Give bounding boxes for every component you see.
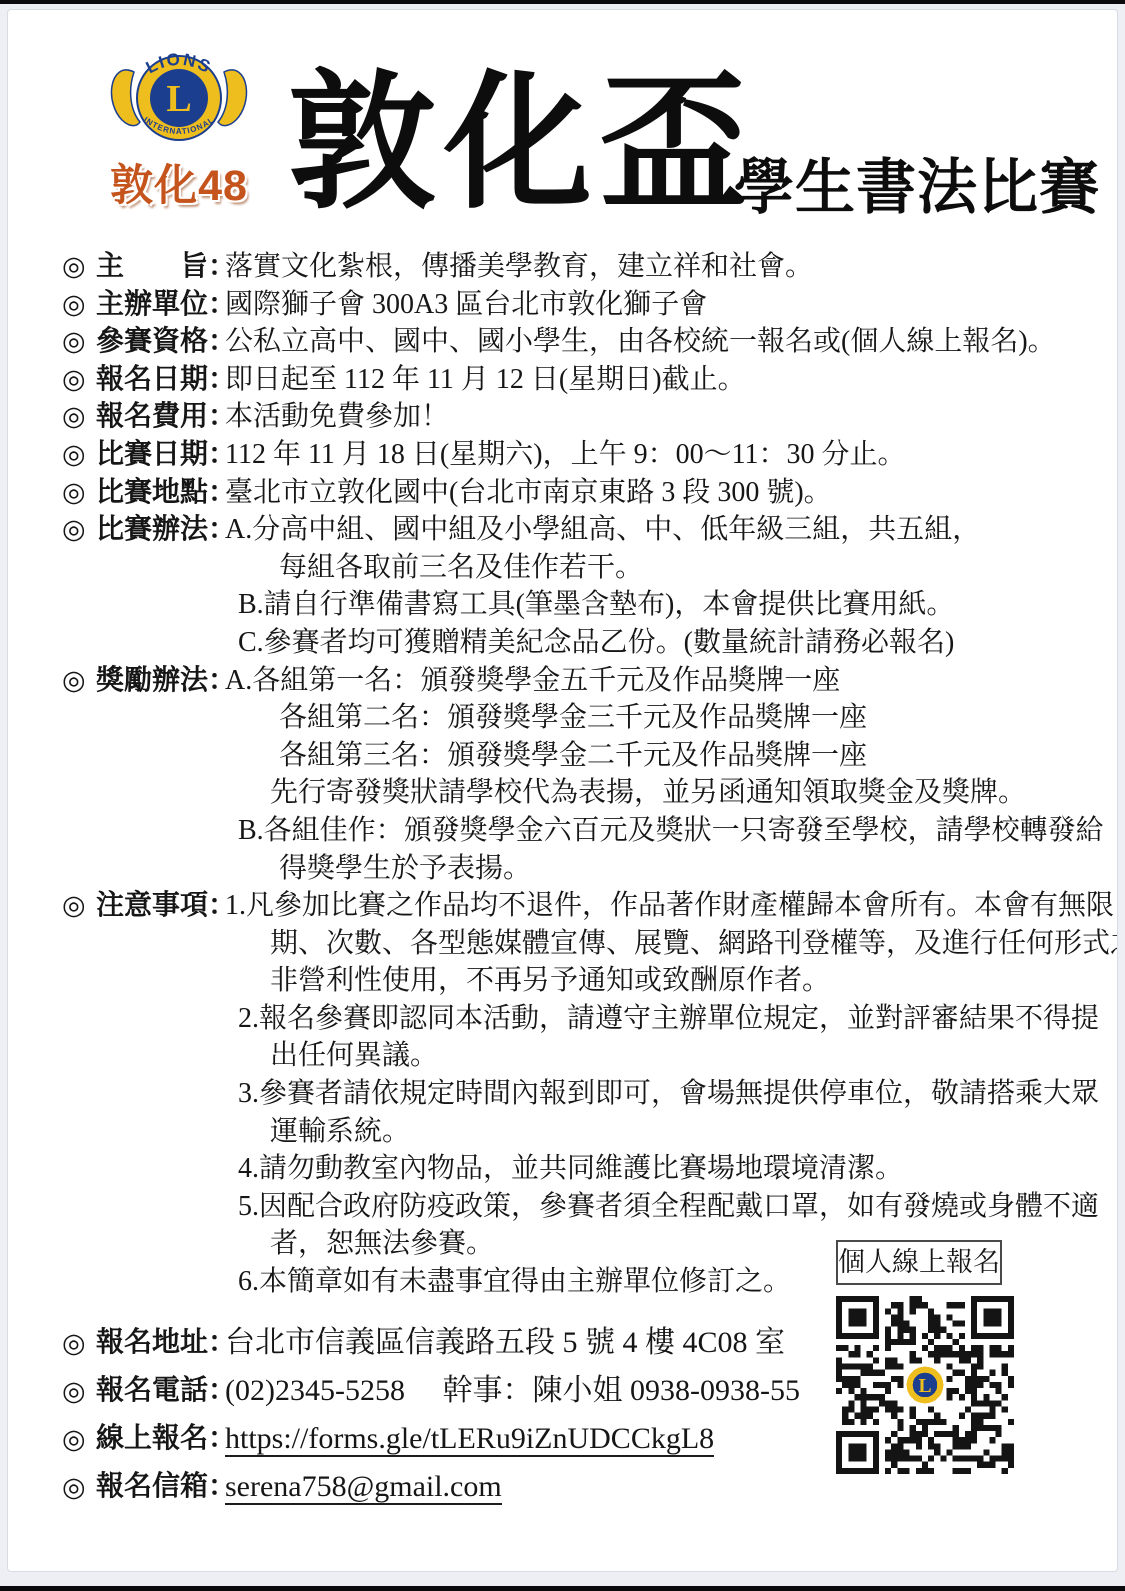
- label-colon: ：: [208, 323, 225, 361]
- section-line: A.分高中組、國中組及小學組高、中、低年級三組，共五組，: [225, 511, 1117, 549]
- section-line: 期、次數、各型態媒體宣傳、展覽、網路刊登權等，及進行任何形式之: [225, 925, 1117, 963]
- qr-center-l-mark: L: [918, 1375, 931, 1397]
- label-colon: ：: [208, 1415, 225, 1463]
- section-label: 主辦單位: [96, 286, 208, 324]
- contact-label: 線上報名: [96, 1415, 208, 1463]
- flyer-body: ◎主 旨：落實文化紮根，傳播美學教育，建立祥和社會。◎主辦單位：國際獅子會 30…: [8, 244, 1117, 1301]
- club-name: 敦化48: [94, 152, 264, 213]
- bullseye-bullet-icon: ◎: [62, 662, 96, 700]
- bullseye-bullet-icon: ◎: [62, 323, 96, 361]
- section-registration-date: ◎報名日期：即日起至 112 年 11 月 12 日(星期日)截止。: [62, 361, 1117, 399]
- contact-head: ◎報名地址：: [62, 1319, 225, 1367]
- section-head: ◎報名費用：: [62, 398, 225, 436]
- section-venue: ◎比賽地點：臺北市立敦化國中(台北市南京東路 3 段 300 號)。: [62, 474, 1117, 512]
- label-colon: ：: [208, 474, 225, 512]
- bullseye-bullet-icon: ◎: [62, 248, 96, 286]
- label-colon: ：: [208, 1367, 225, 1415]
- section-label: 注意事項: [96, 887, 208, 925]
- email-link[interactable]: serena758@gmail.com: [225, 1470, 502, 1505]
- section-line: 2.報名參賽即認同本活動，請遵守主辦單位規定，並對評審結果不得提: [225, 1000, 1117, 1038]
- label-colon: ：: [208, 511, 225, 549]
- bullseye-bullet-icon: ◎: [62, 474, 96, 512]
- section-line: 非營利性使用，不再另予通知或致酬原作者。: [225, 962, 1117, 1000]
- bullseye-bullet-icon: ◎: [62, 511, 96, 549]
- section-head: ◎報名日期：: [62, 361, 225, 399]
- section-line: 每組各取前三名及佳作若干。: [225, 549, 1117, 587]
- scan-bottom-edge: [0, 1586, 1125, 1591]
- contact-head: ◎報名電話：: [62, 1367, 225, 1415]
- section-head: ◎主辦單位：: [62, 286, 225, 324]
- contact-head: ◎報名信箱：: [62, 1463, 225, 1511]
- label-colon: ：: [208, 398, 225, 436]
- section-label: 參賽資格: [96, 323, 208, 361]
- section-fee: ◎報名費用：本活動免費參加！: [62, 398, 1117, 436]
- section-line: 出任何異議。: [225, 1037, 1117, 1075]
- label-colon: ：: [208, 662, 225, 700]
- bullseye-bullet-icon: ◎: [62, 1319, 96, 1367]
- section-body: 本活動免費參加！: [225, 398, 1117, 436]
- qr-label: 個人線上報名: [838, 1247, 1000, 1277]
- section-line: 國際獅子會 300A3 區台北市敦化獅子會: [225, 286, 1117, 324]
- section-line: 先行寄發獎狀請學校代為表揚，並另函通知領取獎金及獎牌。: [225, 774, 1117, 812]
- section-line: 即日起至 112 年 11 月 12 日(星期日)截止。: [225, 361, 1117, 399]
- scan-top-edge: [0, 0, 1125, 4]
- sub-title: 學生書法比賽: [734, 158, 1100, 218]
- lion-head-left-icon: [111, 70, 140, 126]
- qr-code: L: [836, 1296, 1025, 1479]
- section-head: ◎比賽日期：: [62, 436, 225, 474]
- section-line: 運輸系統。: [225, 1113, 1117, 1151]
- section-organizer: ◎主辦單位：國際獅子會 300A3 區台北市敦化獅子會: [62, 286, 1117, 324]
- section-notes: ◎注意事項：1.凡參加比賽之作品均不退件，作品著作財產權歸本會所有。本會有無限期…: [62, 887, 1117, 1301]
- section-body: 國際獅子會 300A3 區台北市敦化獅子會: [225, 286, 1117, 324]
- section-line: 112 年 11 月 18 日(星期六)，上午 9：00～11：30 分止。: [225, 436, 1117, 474]
- bullseye-bullet-icon: ◎: [62, 286, 96, 324]
- flyer-header: L LIONS INTERNATIONAL 敦化48 敦化盃 學生書法比賽: [8, 10, 1117, 244]
- section-line: 各組第三名：頒發獎學金二千元及作品獎牌一座: [225, 737, 1117, 775]
- lion-head-right-icon: [218, 70, 247, 126]
- qr-block: 個人線上報名 L: [830, 1240, 1025, 1479]
- bullseye-bullet-icon: ◎: [62, 887, 96, 925]
- qr-label-box: 個人線上報名: [836, 1240, 1002, 1285]
- section-rules: ◎比賽辦法：A.分高中組、國中組及小學組高、中、低年級三組，共五組，每組各取前三…: [62, 511, 1117, 661]
- section-label: 報名日期: [96, 361, 208, 399]
- section-line: 3.參賽者請依規定時間內報到即可，會場無提供停車位，敬請搭乘大眾: [225, 1075, 1117, 1113]
- section-line: 臺北市立敦化國中(台北市南京東路 3 段 300 號)。: [225, 474, 1117, 512]
- section-line: A.各組第一名：頒發獎學金五千元及作品獎牌一座: [225, 662, 1117, 700]
- section-label: 主 旨: [96, 248, 208, 286]
- section-line: 落實文化紮根，傳播美學教育，建立祥和社會。: [225, 248, 1117, 286]
- section-label: 比賽辦法: [96, 511, 208, 549]
- section-line: B.各組佳作：頒發獎學金六百元及獎狀一只寄發至學校，請學校轉發給: [225, 812, 1117, 850]
- section-body: 1.凡參加比賽之作品均不退件，作品著作財產權歸本會所有。本會有無限期、次數、各型…: [225, 887, 1117, 1301]
- label-colon: ：: [208, 1463, 225, 1511]
- section-label: 比賽地點: [96, 474, 208, 512]
- flyer-page: L LIONS INTERNATIONAL 敦化48 敦化盃 學生書法比賽: [7, 9, 1118, 1572]
- section-body: 臺北市立敦化國中(台北市南京東路 3 段 300 號)。: [225, 474, 1117, 512]
- contact-label: 報名電話: [96, 1367, 208, 1415]
- label-colon: ：: [208, 436, 225, 474]
- main-title: 敦化盃: [288, 68, 756, 216]
- bullseye-bullet-icon: ◎: [62, 1415, 96, 1463]
- label-colon: ：: [208, 361, 225, 399]
- section-body: 即日起至 112 年 11 月 12 日(星期日)截止。: [225, 361, 1117, 399]
- contact-head: ◎線上報名：: [62, 1415, 225, 1463]
- section-body: 112 年 11 月 18 日(星期六)，上午 9：00～11：30 分止。: [225, 436, 1117, 474]
- contact-value: (02)2345-5258 幹事：陳小姐 0938-0938-55: [225, 1374, 800, 1407]
- section-head: ◎比賽辦法：: [62, 511, 225, 549]
- section-label: 獎勵辦法: [96, 662, 208, 700]
- label-colon: ：: [208, 1319, 225, 1367]
- bullseye-bullet-icon: ◎: [62, 1463, 96, 1511]
- section-line: 公私立高中、國中、國小學生，由各校統一報名或(個人線上報名)。: [225, 323, 1117, 361]
- section-line: 5.因配合政府防疫政策，參賽者須全程配戴口罩，如有發燒或身體不適: [225, 1188, 1117, 1226]
- section-line: B.請自行準備書寫工具(筆墨含墊布)，本會提供比賽用紙。: [225, 586, 1117, 624]
- label-colon: ：: [208, 248, 225, 286]
- lions-logo-block: L LIONS INTERNATIONAL 敦化48: [94, 44, 264, 213]
- section-head: ◎注意事項：: [62, 887, 225, 925]
- section-head: ◎比賽地點：: [62, 474, 225, 512]
- section-awards: ◎獎勵辦法：A.各組第一名：頒發獎學金五千元及作品獎牌一座各組第二名：頒發獎學金…: [62, 662, 1117, 888]
- section-purpose: ◎主 旨：落實文化紮根，傳播美學教育，建立祥和社會。: [62, 248, 1117, 286]
- section-eligibility: ◎參賽資格：公私立高中、國中、國小學生，由各校統一報名或(個人線上報名)。: [62, 323, 1117, 361]
- signup-url-link[interactable]: https://forms.gle/tLERu9iZnUDCCkgL8: [225, 1422, 714, 1457]
- section-line: 得獎學生於予表揚。: [225, 850, 1117, 888]
- section-contest-date: ◎比賽日期：112 年 11 月 18 日(星期六)，上午 9：00～11：30…: [62, 436, 1117, 474]
- contact-value: 台北市信義區信義路五段 5 號 4 樓 4C08 室: [225, 1326, 785, 1359]
- section-body: A.各組第一名：頒發獎學金五千元及作品獎牌一座各組第二名：頒發獎學金三千元及作品…: [225, 662, 1117, 888]
- logo-l-mark: L: [166, 78, 191, 120]
- section-label: 報名費用: [96, 398, 208, 436]
- bullseye-bullet-icon: ◎: [62, 398, 96, 436]
- bullseye-bullet-icon: ◎: [62, 436, 96, 474]
- contact-label: 報名信箱: [96, 1463, 208, 1511]
- scan-background: L LIONS INTERNATIONAL 敦化48 敦化盃 學生書法比賽: [0, 0, 1125, 1591]
- section-body: A.分高中組、國中組及小學組高、中、低年級三組，共五組，每組各取前三名及佳作若干…: [225, 511, 1117, 661]
- section-line: 1.凡參加比賽之作品均不退件，作品著作財產權歸本會所有。本會有無限: [225, 887, 1117, 925]
- section-body: 落實文化紮根，傳播美學教育，建立祥和社會。: [225, 248, 1117, 286]
- bullseye-bullet-icon: ◎: [62, 1367, 96, 1415]
- section-head: ◎參賽資格：: [62, 323, 225, 361]
- section-label: 比賽日期: [96, 436, 208, 474]
- contact-label: 報名地址: [96, 1319, 208, 1367]
- section-line: 本活動免費參加！: [225, 398, 1117, 436]
- label-colon: ：: [208, 286, 225, 324]
- section-body: 公私立高中、國中、國小學生，由各校統一報名或(個人線上報名)。: [225, 323, 1117, 361]
- label-colon: ：: [208, 887, 225, 925]
- section-line: 各組第二名：頒發獎學金三千元及作品獎牌一座: [225, 699, 1117, 737]
- bullseye-bullet-icon: ◎: [62, 361, 96, 399]
- section-line: 4.請勿動教室內物品，並共同維護比賽場地環境清潔。: [225, 1150, 1117, 1188]
- lions-club-logo: L LIONS INTERNATIONAL: [100, 44, 258, 156]
- section-head: ◎主 旨：: [62, 248, 225, 286]
- section-line: C.參賽者均可獲贈精美紀念品乙份。(數量統計請務必報名): [225, 624, 1117, 662]
- section-head: ◎獎勵辦法：: [62, 662, 225, 700]
